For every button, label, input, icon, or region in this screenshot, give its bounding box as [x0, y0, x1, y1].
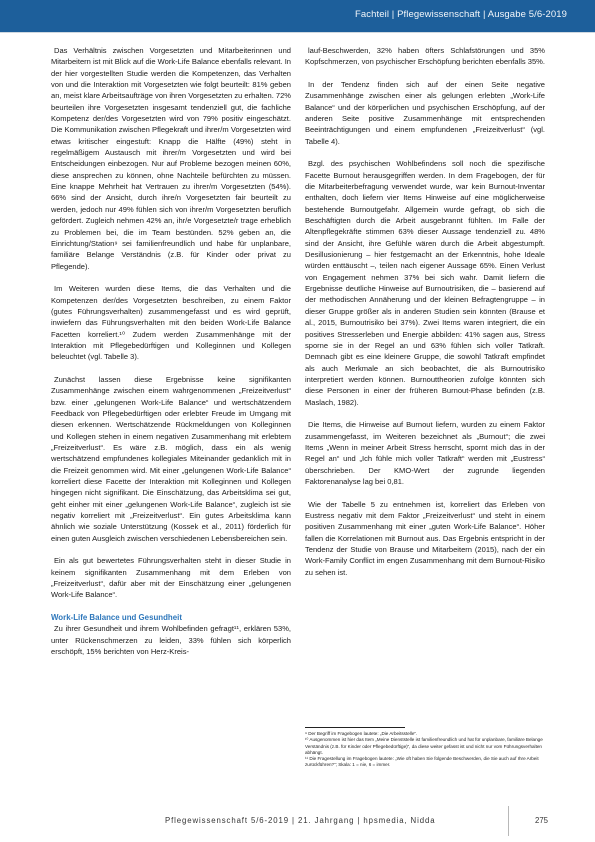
left-column: Das Verhältnis zwischen Vorgesetzten und…	[51, 45, 291, 657]
body-paragraph: Das Verhältnis zwischen Vorgesetzten und…	[51, 45, 291, 272]
body-paragraph: In der Tendenz finden sich auf der einen…	[305, 79, 545, 147]
body-paragraph: Bzgl. des psychischen Wohlbefindens soll…	[305, 158, 545, 408]
body-paragraph: Die Items, die Hinweise auf Burnout lief…	[305, 419, 545, 487]
header-bar: Fachteil | Pflegewissenschaft | Ausgabe …	[0, 0, 595, 33]
body-paragraph: Ein als gut bewertetes Führungsverhalten…	[51, 555, 291, 600]
footer-divider	[508, 806, 509, 836]
section-heading: Work-Life Balance und Gesundheit	[51, 612, 291, 623]
body-paragraph: Zu ihrer Gesundheit und ihrem Wohlbefind…	[51, 623, 291, 657]
footnotes: ⁹ Der Begriff im Fragebogen lautete: „Di…	[305, 731, 545, 769]
body-paragraph: Wie der Tabelle 5 zu entnehmen ist, korr…	[305, 499, 545, 578]
body-paragraph: Im Weiteren wurden diese Items, die das …	[51, 283, 291, 362]
body-paragraph: Zunächst lassen diese Ergebnisse keine s…	[51, 374, 291, 544]
footnote: ¹⁰ Ausgenommen ist hier das Item „Meine …	[305, 737, 545, 756]
footer-publication-line: Pflegewissenschaft 5/6-2019 | 21. Jahrga…	[165, 816, 435, 825]
page-number: 275	[535, 816, 548, 825]
footnote-divider	[305, 727, 405, 728]
body-paragraph: lauf-Beschwerden, 32% haben öfters Schla…	[305, 45, 545, 68]
footnote: ¹¹ Die Fragestellung im Fragebogen laute…	[305, 756, 545, 769]
running-title: Fachteil | Pflegewissenschaft | Ausgabe …	[355, 9, 567, 20]
right-column: lauf-Beschwerden, 32% haben öfters Schla…	[305, 45, 545, 578]
